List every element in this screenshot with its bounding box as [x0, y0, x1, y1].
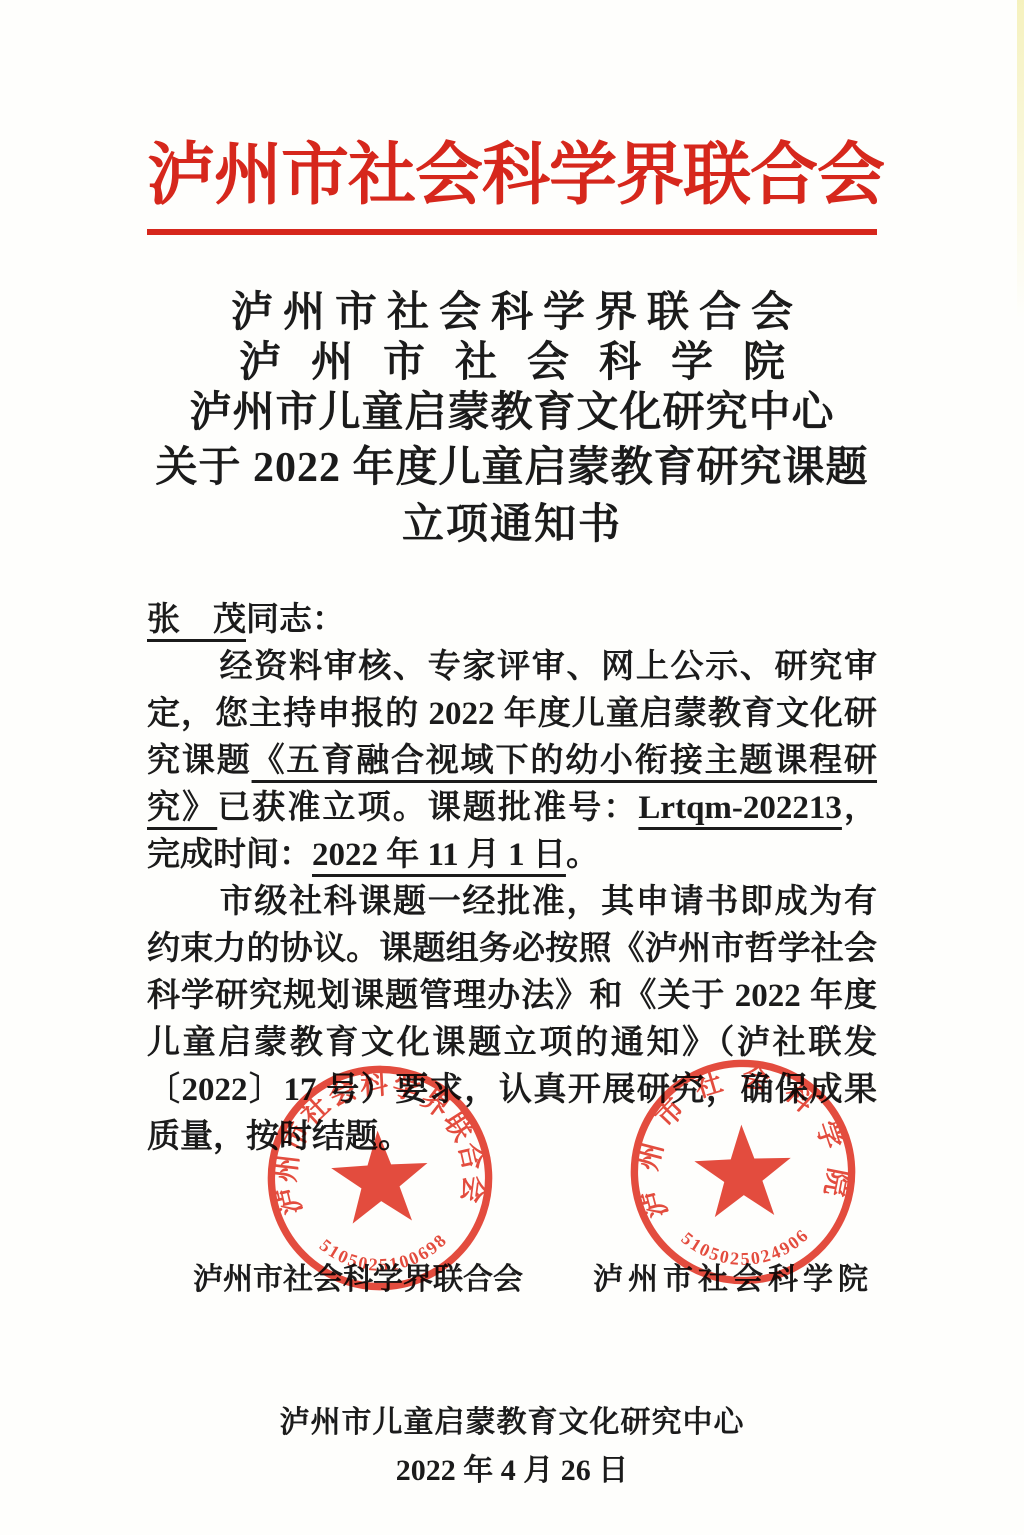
salutation-suffix: 同志：	[246, 602, 345, 638]
letterhead: 泸州市社会科学界联合会	[147, 128, 877, 235]
paragraph-requirements: 市级社科课题一经批准，其申请书即成为有约束力的协议。课题组务必按照《泸州市哲学社…	[147, 879, 877, 1161]
paragraph-approval: 经资料审核、专家评审、网上公示、研究审定，您主持申报的 2022 年度儿童启蒙教…	[147, 644, 877, 879]
signature-org-federation: 泸州市社会科学界联合会	[193, 1256, 523, 1304]
letterhead-org-name: 泸州市社会科学界联合会	[147, 128, 877, 223]
issue-date: 2022 年 4 月 26 日	[147, 1447, 877, 1495]
signature-row: 泸州市社会科学界联合会 泸州市社会科学院	[147, 1256, 877, 1304]
title-line-notice-type: 立项通知书	[147, 500, 877, 550]
title-line-research-center: 泸州市儿童启蒙教育文化研究中心	[147, 388, 877, 438]
letter-body: 张 茂同志： 经资料审核、专家评审、网上公示、研究审定，您主持申报的 2022 …	[147, 596, 877, 1161]
scan-edge-artifact	[1017, 0, 1024, 320]
signature-org-academy: 泸州市社会科学院	[588, 1256, 873, 1304]
title-line-academy: 泸州市社会科学院	[147, 338, 877, 388]
body-text: 已获准立项。课题批准号：	[217, 790, 638, 826]
recipient-name: 张 茂	[147, 602, 246, 638]
issuing-org: 泸州市儿童启蒙教育文化研究中心	[147, 1399, 877, 1447]
underlined-field: 2022 年 11 月 1 日	[312, 837, 566, 873]
title-line-federation: 泸州市社会科学界联合会	[147, 288, 877, 338]
letterhead-divider	[147, 229, 877, 235]
underlined-field: Lrtqm-202213	[638, 790, 841, 826]
salutation: 张 茂同志：	[147, 596, 877, 644]
body-text: 。	[566, 837, 599, 873]
document-title: 泸州市社会科学界联合会 泸州市社会科学院 泸州市儿童启蒙教育文化研究中心 关于 …	[147, 288, 877, 550]
body-text: 市级社科课题一经批准，其申请书即成为有约束力的协议。课题组务必按照《泸州市哲学社…	[147, 884, 877, 1155]
title-line-subject: 关于 2022 年度儿童启蒙教育研究课题	[147, 443, 877, 493]
document-page: 泸州市社会科学界联合会 泸州市社会科学界联合会 泸州市社会科学院 泸州市儿童启蒙…	[0, 0, 1024, 1535]
